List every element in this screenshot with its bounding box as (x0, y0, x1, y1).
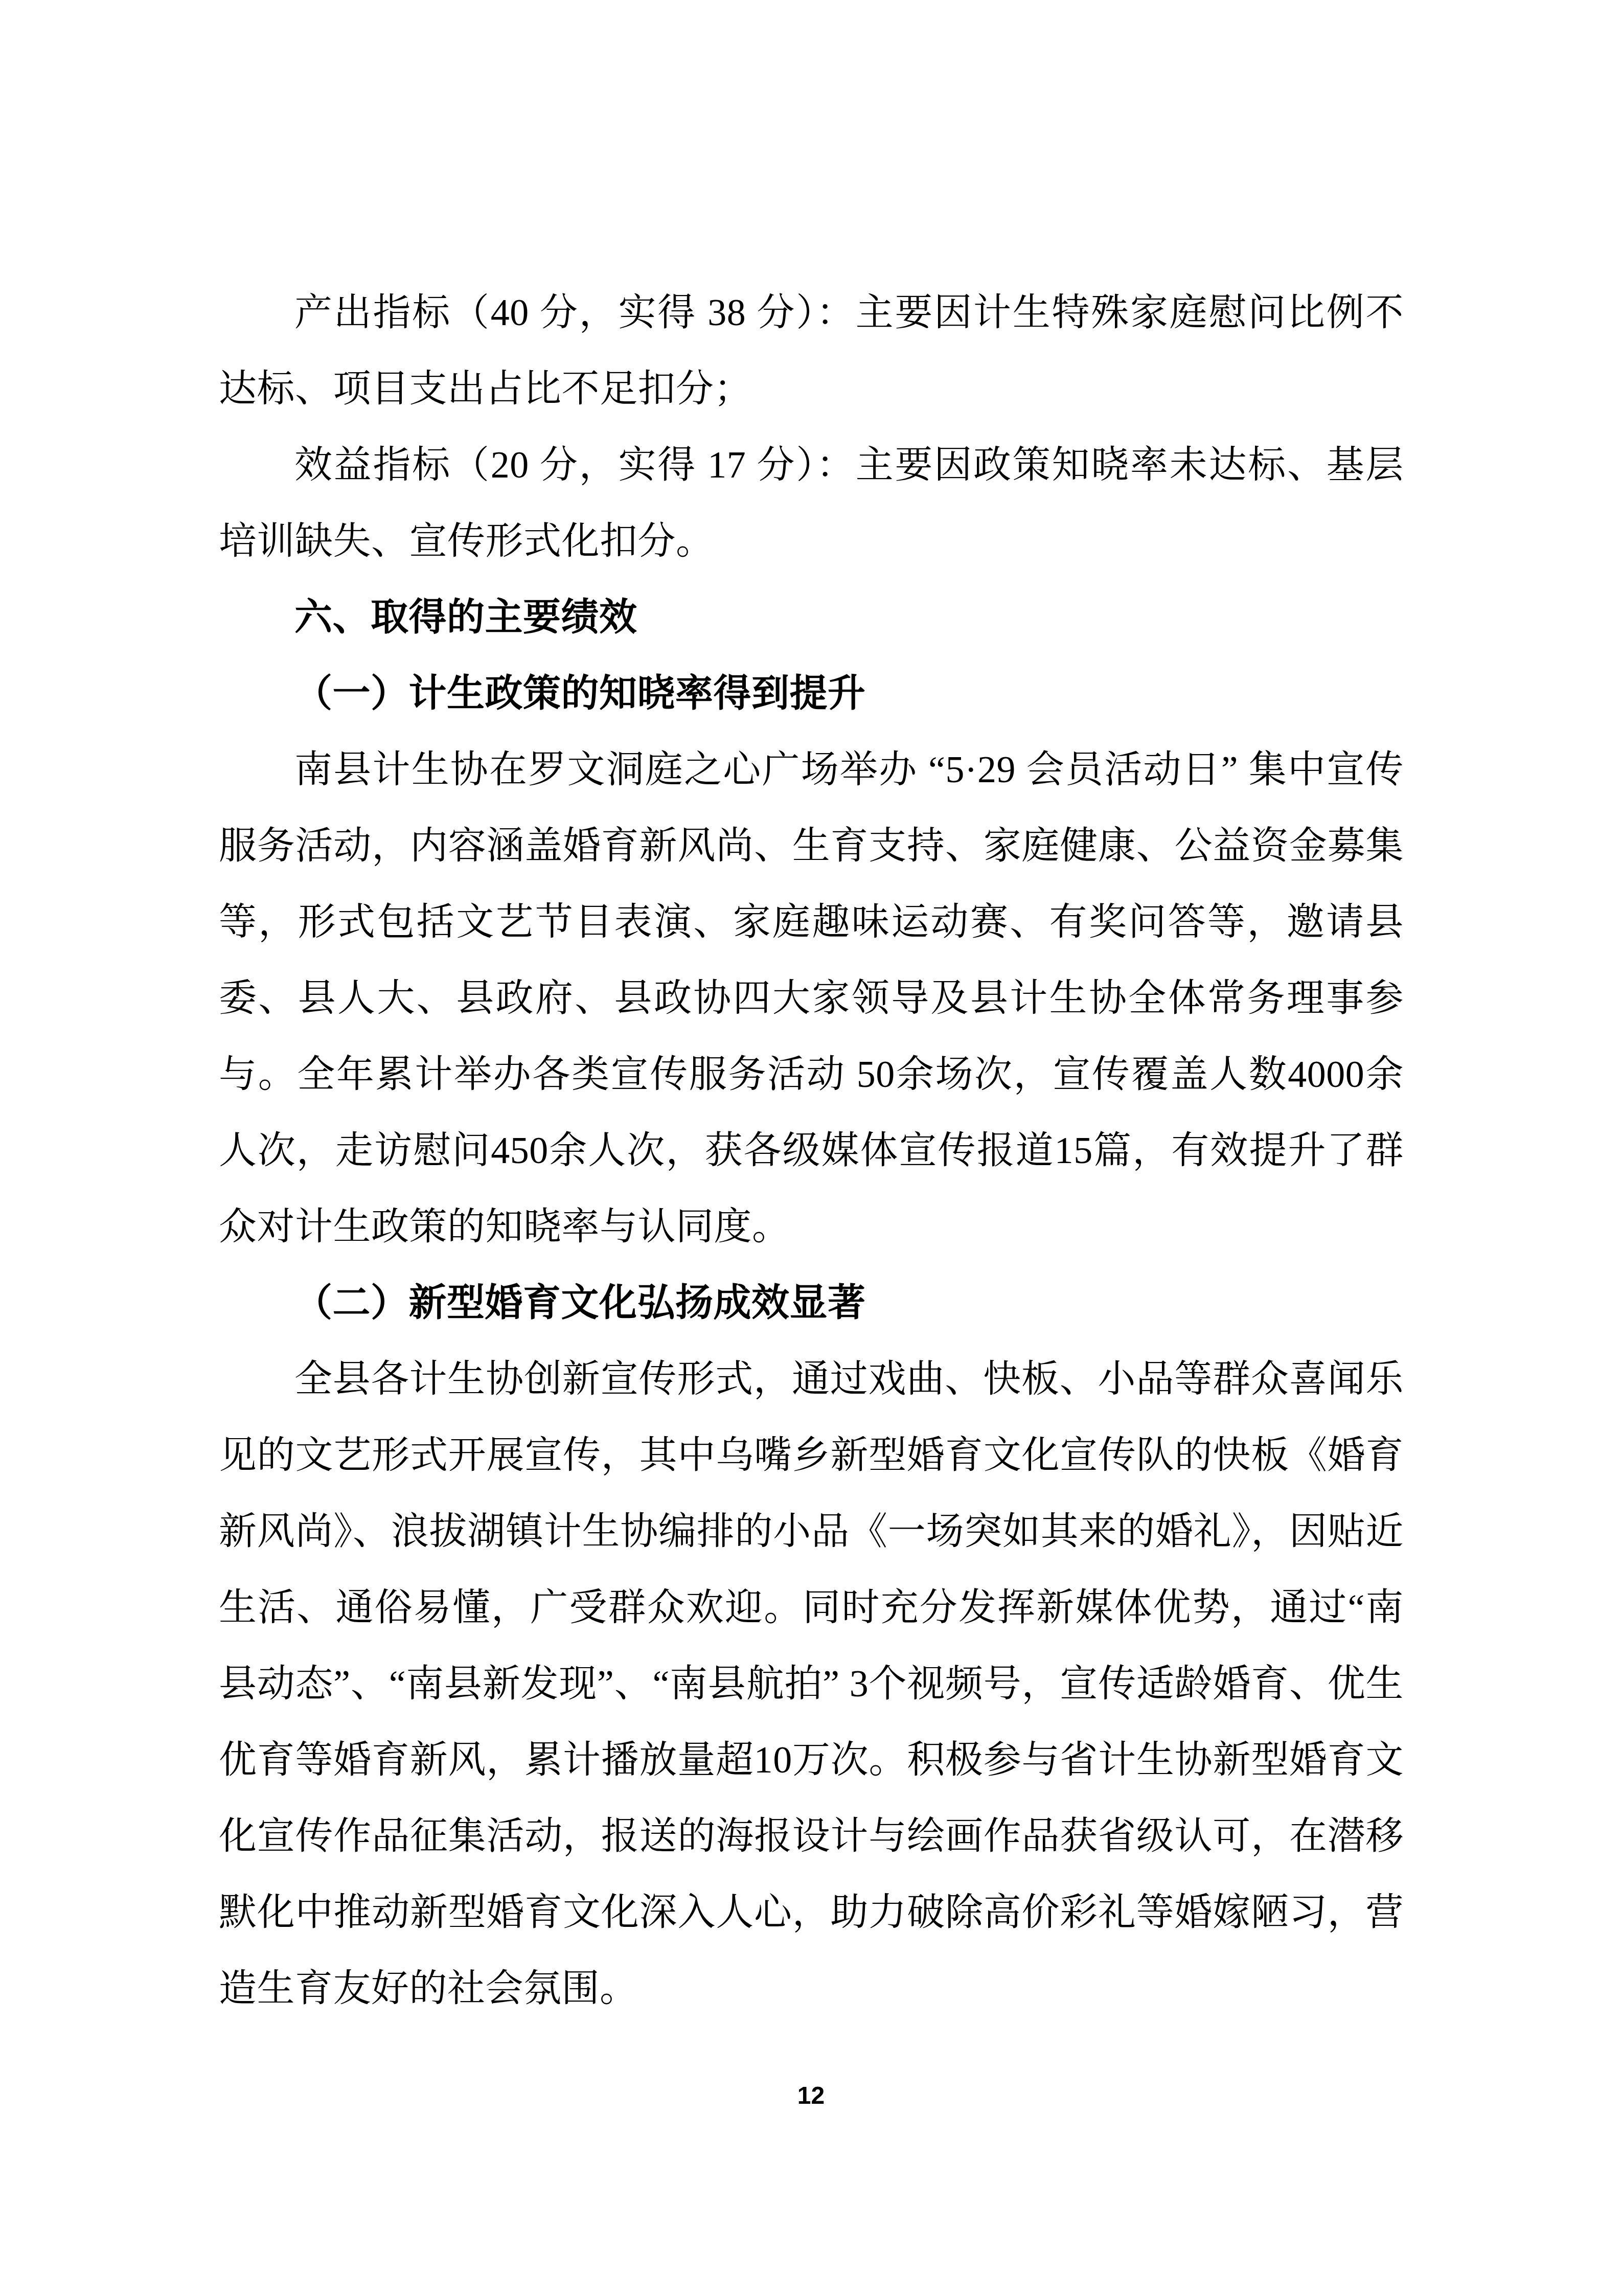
document-body: 产出指标（40 分，实得 38 分）：主要因计生特殊家庭慰问比例不达标、项目支出… (219, 0, 1404, 2027)
paragraph-output-indicator: 产出指标（40 分，实得 38 分）：主要因计生特殊家庭慰问比例不达标、项目支出… (219, 275, 1404, 427)
page-number: 12 (0, 2082, 1622, 2110)
paragraph-benefit-indicator: 效益指标（20 分，实得 17 分）：主要因政策知晓率未达标、基层培训缺失、宣传… (219, 427, 1404, 580)
subsection-heading-marriage-culture: （二）新型婚育文化弘扬成效显著 (219, 1265, 1404, 1342)
document-page: 产出指标（40 分，实得 38 分）：主要因计生特殊家庭慰问比例不达标、项目支出… (0, 0, 1622, 2296)
paragraph-marriage-culture-detail: 全县各计生协创新宣传形式，通过戏曲、快板、小品等群众喜闻乐见的文艺形式开展宣传，… (219, 1342, 1404, 2027)
paragraph-policy-awareness-detail: 南县计生协在罗文洞庭之心广场举办 “5·29 会员活动日” 集中宣传服务活动，内… (219, 732, 1404, 1265)
subsection-heading-policy-awareness: （一）计生政策的知晓率得到提升 (219, 656, 1404, 732)
section-heading-main-achievements: 六、取得的主要绩效 (219, 580, 1404, 656)
